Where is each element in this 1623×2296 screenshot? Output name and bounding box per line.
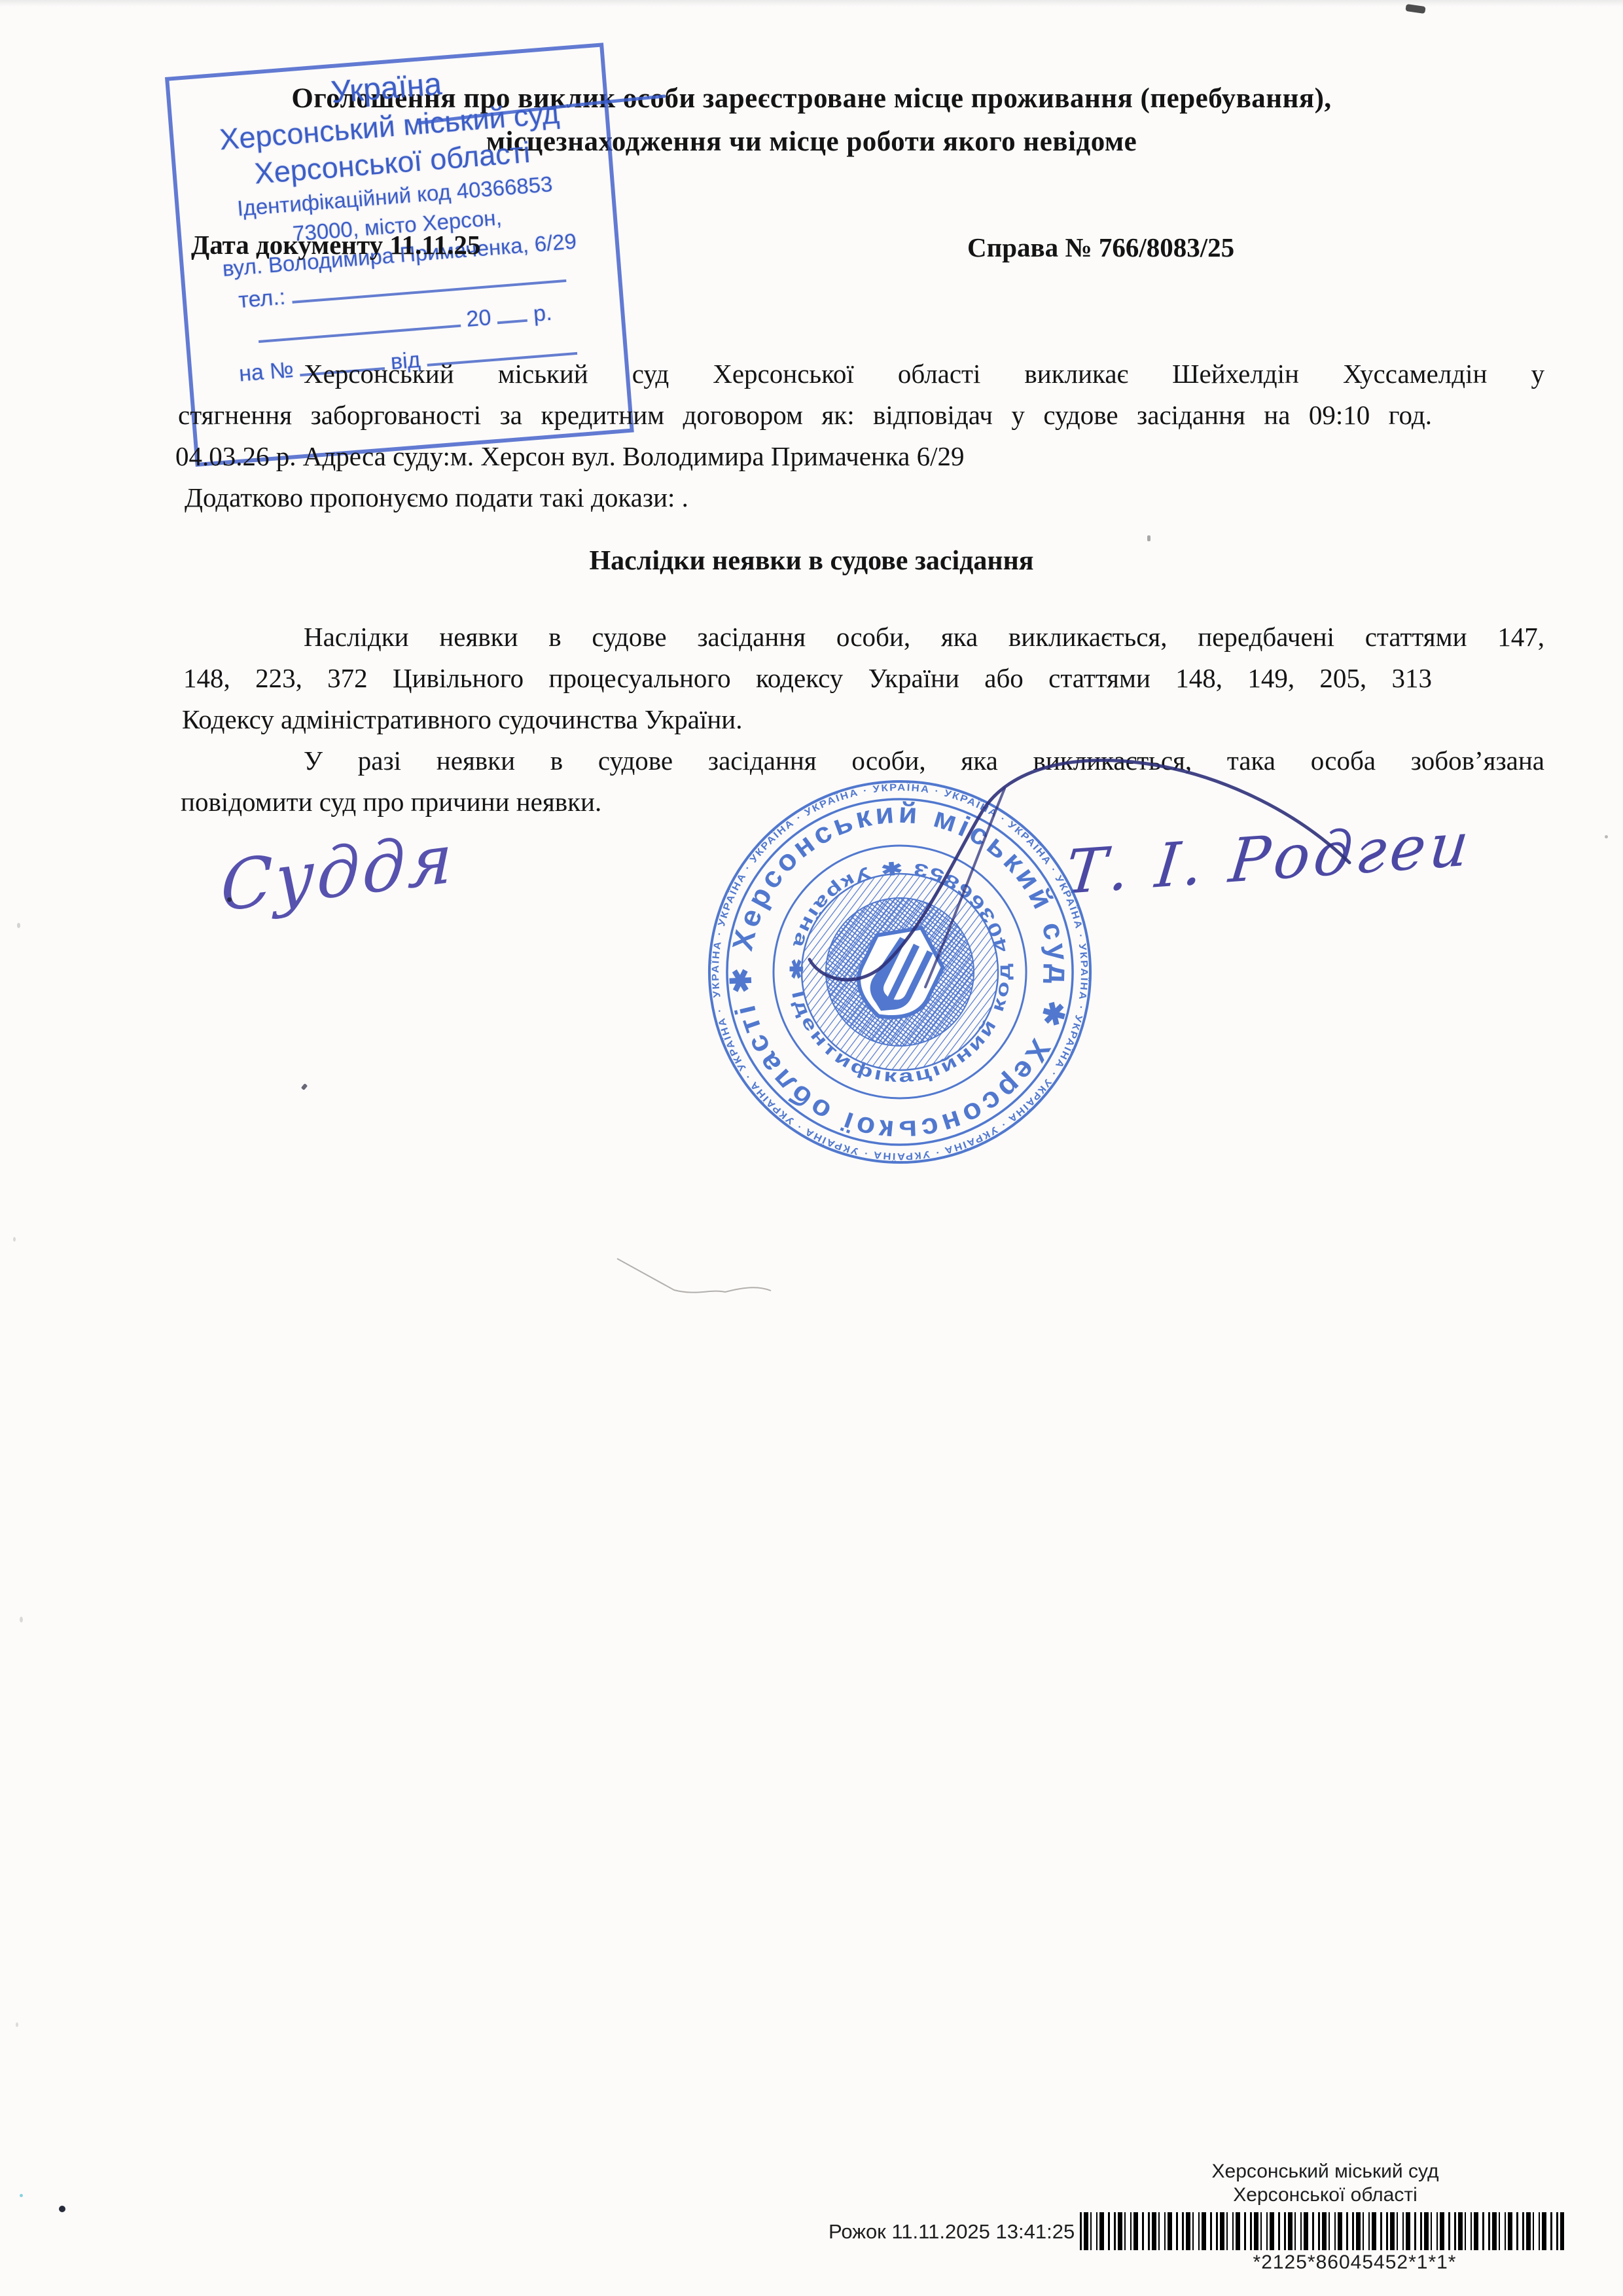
p2-line3: Кодексу адміністративного судочинства Ук… bbox=[182, 699, 1423, 740]
ink-dot-bottom-left bbox=[59, 2206, 65, 2212]
section-heading: Наслідки неявки в судове засідання bbox=[191, 545, 1432, 577]
case-label: Справа № bbox=[967, 232, 1092, 262]
ink-dot bbox=[227, 897, 232, 902]
official-round-seal: УКРАЇНА · УКРАЇНА · УКРАЇНА · УКРАЇНА · … bbox=[704, 776, 1096, 1168]
case-number: Справа № 766/8083/25 bbox=[967, 232, 1234, 263]
footer-court-line2: Херсонської області bbox=[1178, 2183, 1472, 2207]
date-label: Дата документу bbox=[191, 230, 383, 260]
stamp-year-suffix: р. bbox=[533, 300, 553, 327]
p1-line3: 04.03.26 р. Адреса суду:м. Херсон вул. В… bbox=[175, 436, 1416, 477]
blank-line bbox=[496, 300, 528, 325]
handwritten-judge-word: Суддя bbox=[220, 817, 455, 927]
footer-court-name: Херсонський міський суд Херсонської обла… bbox=[1178, 2160, 1472, 2207]
p1-line2: стягнення заборгованості за кредитним до… bbox=[178, 395, 1432, 436]
judge-signature: Т. І. Родгеи bbox=[1062, 809, 1476, 908]
registration-barcode bbox=[1080, 2212, 1564, 2250]
scan-hairline bbox=[617, 1259, 771, 1293]
case-value: 766/8083/25 bbox=[1099, 232, 1234, 262]
dust-speck bbox=[16, 2022, 18, 2027]
document-date: Дата документу 11.11.25 bbox=[191, 229, 480, 260]
p1-line1: Херсонський міський суд Херсонської обла… bbox=[191, 353, 1544, 395]
scanned-court-document: Оголошення про виклик особи зареєстрован… bbox=[0, 0, 1623, 2296]
color-speck bbox=[20, 2194, 23, 2197]
barcode-text: *2125*86045452*1*1* bbox=[1217, 2251, 1492, 2274]
date-value: 11.11.25 bbox=[389, 230, 480, 260]
stamp-tel-label: тел.: bbox=[238, 285, 286, 314]
dust-speck bbox=[1147, 535, 1150, 541]
stamp-year-label: 20 bbox=[465, 305, 492, 332]
p2-line2: 148, 223, 372 Цивільного процесуального … bbox=[183, 658, 1432, 699]
dust-speck bbox=[20, 1617, 23, 1623]
dust-speck bbox=[13, 1237, 16, 1242]
ink-tick bbox=[301, 1083, 308, 1090]
scan-mark-top-right bbox=[1405, 4, 1425, 14]
footer-operator-line: Рожок 11.11.2025 13:41:25 bbox=[829, 2220, 1075, 2244]
dust-speck bbox=[1605, 835, 1608, 838]
footer-court-line1: Херсонський міський суд bbox=[1178, 2160, 1472, 2183]
p2-line1: Наслідки неявки в судове засідання особи… bbox=[191, 617, 1544, 658]
p1-line4: Додатково пропонуємо подати такі докази:… bbox=[185, 477, 1425, 518]
dust-speck bbox=[17, 923, 20, 928]
